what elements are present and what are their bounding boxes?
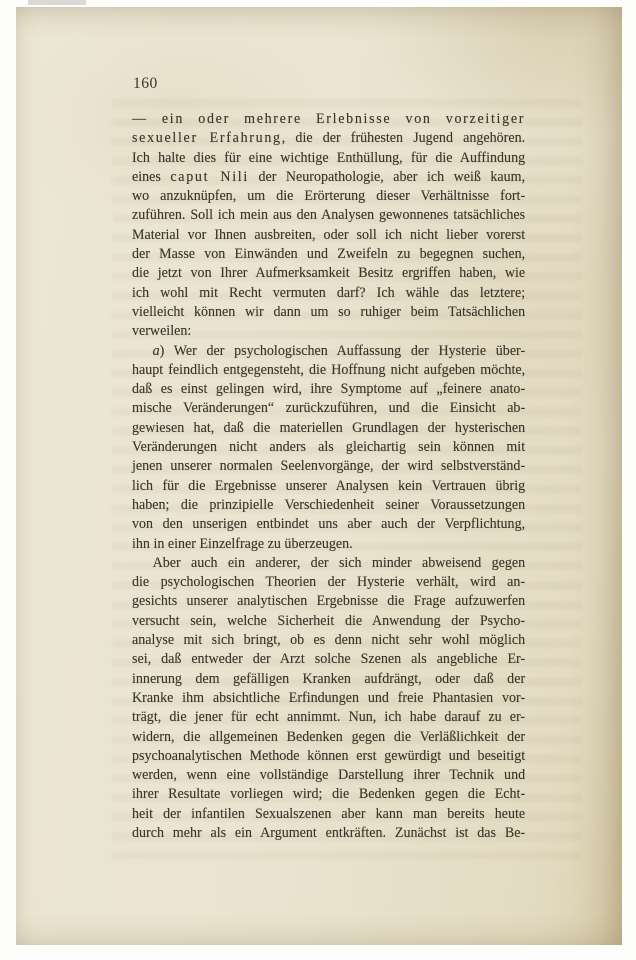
text-line: psychoanalytischen Methode können erst g…	[132, 747, 525, 766]
text-line: gesichts unserer analytischen Ergebnisse…	[132, 592, 525, 611]
scan-background: 160 — ein oder mehrere Erlebnisse von vo…	[0, 0, 636, 960]
text-line: Material vor Ihnen ausbreiten, oder soll…	[132, 226, 525, 245]
text-line: daß es einst gelingen wird, ihre Symptom…	[132, 380, 525, 399]
text-line: von den unserigen entbindet uns aber auc…	[132, 515, 525, 534]
text-line: haupt feindlich entgegensteht, die Hoffn…	[132, 361, 525, 380]
text-segment: ich wohl mit Recht vermuten darf? Ich wä…	[132, 285, 525, 301]
text-segment: daß es einst gelingen wird, ihre Symptom…	[132, 381, 525, 397]
text-segment: ihn in einer Einzelfrage zu überzeugen.	[132, 536, 353, 552]
text-line: ich wohl mit Recht vermuten darf? Ich wä…	[132, 284, 525, 303]
text-line: trägt, die jener für echt annimmt. Nun, …	[132, 708, 525, 727]
text-segment: der Neuropathologie, aber ich weiß kaum,	[249, 169, 525, 185]
text-segment: heit der infantilen Sexualszenen aber ka…	[132, 806, 525, 822]
text-line: wo anzuknüpfen, um die Erörterung dieser…	[132, 187, 525, 206]
text-line: versucht sein, welche Sicherheit die Anw…	[132, 612, 525, 631]
text-segment: psychoanalytischen Methode können erst g…	[132, 748, 525, 764]
text-line: ihrer Resultate vorliegen wird; die Bede…	[132, 785, 525, 804]
text-segment: ihrer Resultate vorliegen wird; die Bede…	[132, 786, 525, 802]
text-line: Aber auch ein anderer, der sich minder a…	[132, 554, 525, 573]
text-segment: , die der frühesten Jugend angehören.	[282, 130, 525, 146]
text-line: gewiesen hat, daß die materiellen Grundl…	[132, 419, 525, 438]
page-number: 160	[133, 75, 158, 93]
text-segment: wo anzuknüpfen, um die Erörterung dieser…	[132, 188, 525, 204]
text-segment: caput Nili	[170, 169, 249, 185]
text-line: sexueller Erfahrung, die der frühesten J…	[132, 129, 525, 148]
text-line: — ein oder mehrere Erlebnisse von vorzei…	[132, 110, 525, 129]
text-segment: innerung dem gefälligen Kranken aufdräng…	[132, 671, 525, 687]
scan-artifact	[28, 0, 86, 5]
text-line: haben; die prinzipielle Verschiedenheit …	[132, 496, 525, 515]
text-line: verweilen:	[132, 322, 525, 341]
text-segment: lich für die Ergebnisse unserer Analysen…	[132, 478, 525, 494]
text-segment: haupt feindlich entgegensteht, die Hoffn…	[132, 362, 525, 378]
text-segment: Ich halte dies für eine wichtige Enthüll…	[132, 150, 525, 166]
text-line: die jetzt von Ihrer Aufmerksamkeit Besit…	[132, 264, 525, 283]
text-segment: — ein oder mehrere Erlebnisse von vorzei…	[132, 111, 525, 127]
text-line: heit der infantilen Sexualszenen aber ka…	[132, 805, 525, 824]
text-line: analyse mit sich bringt, ob es denn nich…	[132, 631, 525, 650]
text-line: die psychologischen Theorien der Hysteri…	[132, 573, 525, 592]
text-segment: ) Wer der psychologischen Auffassung der…	[160, 343, 526, 359]
text-line: a) Wer der psychologischen Auffassung de…	[132, 342, 525, 361]
text-line: jenen unserer normalen Seelenvorgänge, d…	[132, 457, 525, 476]
text-segment: zuführen. Soll ich mein aus den Analysen…	[132, 207, 525, 223]
text-segment: analyse mit sich bringt, ob es denn nich…	[132, 632, 525, 648]
text-segment: jenen unserer normalen Seelenvorgänge, d…	[132, 458, 525, 474]
text-segment: Veränderungen nicht anders als gleichart…	[132, 439, 525, 455]
text-segment: vielleicht können wir dann um so ruhiger…	[132, 304, 525, 320]
text-line: Ich halte dies für eine wichtige Enthüll…	[132, 149, 525, 168]
text-line: innerung dem gefälligen Kranken aufdräng…	[132, 670, 525, 689]
text-line: vielleicht können wir dann um so ruhiger…	[132, 303, 525, 322]
text-line: zuführen. Soll ich mein aus den Analysen…	[132, 206, 525, 225]
text-segment: sei, daß entweder der Arzt solche Szenen…	[132, 651, 525, 667]
text-segment: die jetzt von Ihrer Aufmerksamkeit Besit…	[132, 265, 525, 281]
text-line: Veränderungen nicht anders als gleichart…	[132, 438, 525, 457]
text-segment: die psychologischen Theorien der Hysteri…	[132, 574, 525, 590]
text-segment: von den unserigen entbindet uns aber auc…	[132, 516, 525, 532]
text-line: durch mehr als ein Argument entkräften. …	[132, 824, 525, 843]
text-segment: Aber auch ein anderer, der sich minder a…	[153, 555, 526, 571]
text-line: mische Veränderungen“ zurückzuführen, un…	[132, 399, 525, 418]
text-segment: mische Veränderungen“ zurückzuführen, un…	[132, 400, 525, 416]
text-segment: der Masse von Einwänden und Zweifeln zu …	[132, 246, 525, 262]
text-line: sei, daß entweder der Arzt solche Szenen…	[132, 650, 525, 669]
text-line: eines caput Nili der Neuropathologie, ab…	[132, 168, 525, 187]
text-segment: haben; die prinzipielle Verschiedenheit …	[132, 497, 525, 513]
text-line: der Masse von Einwänden und Zweifeln zu …	[132, 245, 525, 264]
text-block: — ein oder mehrere Erlebnisse von vorzei…	[132, 110, 525, 843]
text-segment: sexueller Erfahrung	[132, 130, 282, 146]
text-segment: versucht sein, welche Sicherheit die Anw…	[132, 613, 525, 629]
text-segment: a	[153, 343, 160, 359]
text-line: ihn in einer Einzelfrage zu überzeugen.	[132, 535, 525, 554]
text-segment: durch mehr als ein Argument entkräften. …	[132, 825, 525, 841]
text-segment: werden, wenn eine vollständige Darstellu…	[132, 767, 525, 783]
text-line: widern, die allgemeinen Bedenken gegen d…	[132, 728, 525, 747]
text-line: werden, wenn eine vollständige Darstellu…	[132, 766, 525, 785]
text-segment: verweilen:	[132, 323, 191, 339]
text-segment: Material vor Ihnen ausbreiten, oder soll…	[132, 227, 525, 243]
text-segment: trägt, die jener für echt annimmt. Nun, …	[132, 709, 525, 725]
text-segment: gewiesen hat, daß die materiellen Grundl…	[132, 420, 525, 436]
text-segment: eines	[132, 169, 170, 185]
text-segment: widern, die allgemeinen Bedenken gegen d…	[132, 729, 525, 745]
text-line: lich für die Ergebnisse unserer Analysen…	[132, 477, 525, 496]
text-segment: gesichts unserer analytischen Ergebnisse…	[132, 593, 525, 609]
book-page: 160 — ein oder mehrere Erlebnisse von vo…	[16, 7, 622, 945]
text-segment: Kranke ihm absichtliche Erfindungen und …	[132, 690, 525, 706]
text-line: Kranke ihm absichtliche Erfindungen und …	[132, 689, 525, 708]
